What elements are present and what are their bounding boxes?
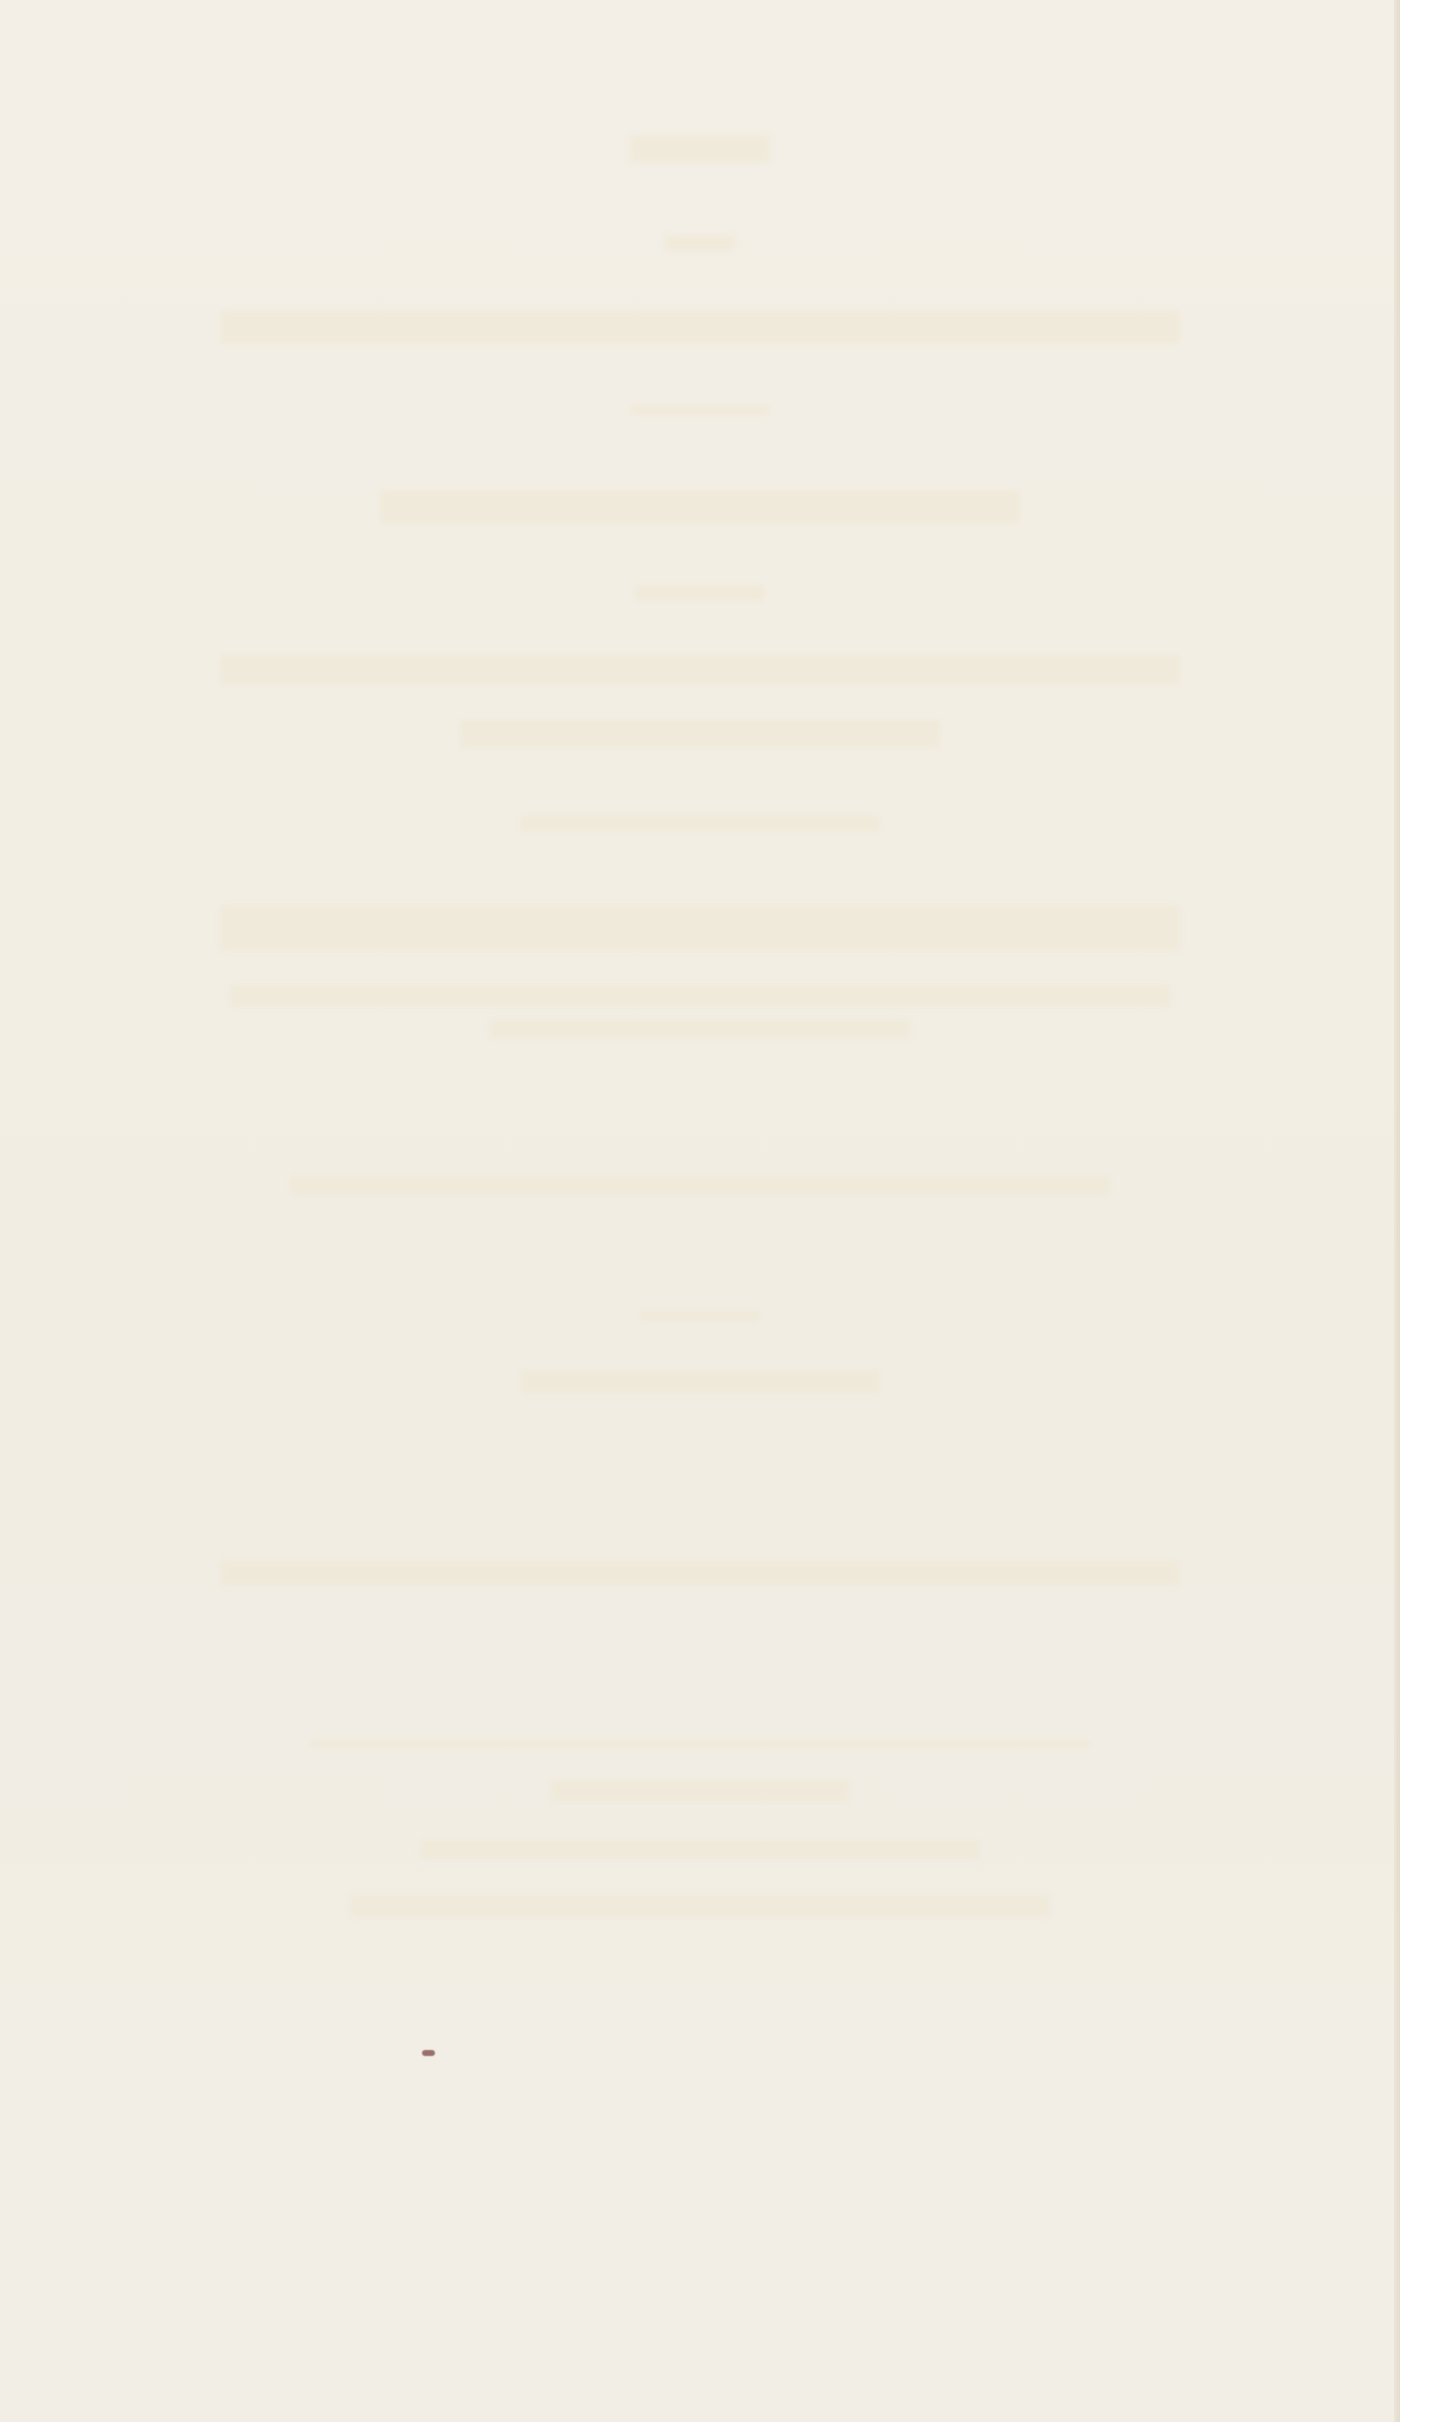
scan-margin [1400,0,1429,2422]
bleed-through-line [665,235,735,251]
bleed-through-line [350,1895,1050,1917]
bleed-through-line [310,1740,1090,1748]
bleed-through-line [290,1175,1110,1195]
bleed-through-line [220,905,1180,951]
bleed-through-line [220,655,1180,685]
bleed-through-line [635,585,765,601]
bleed-through-line [630,135,770,163]
bleed-through-line [630,405,770,415]
bleed-through-line [490,1020,910,1038]
bleed-through-line [520,1370,880,1394]
book-page-verso [0,0,1400,2422]
bleed-through-line [420,1840,980,1860]
bleed-through-line [380,490,1020,524]
bleed-through-line [230,985,1170,1007]
bleed-through-line [220,1560,1180,1586]
bleed-through-line [640,1310,760,1322]
bleed-through-line [220,310,1180,344]
bleed-through-line [520,815,880,831]
ink-speck [422,2050,435,2056]
bleed-through-line [460,720,940,748]
bleed-through-line [550,1780,850,1802]
